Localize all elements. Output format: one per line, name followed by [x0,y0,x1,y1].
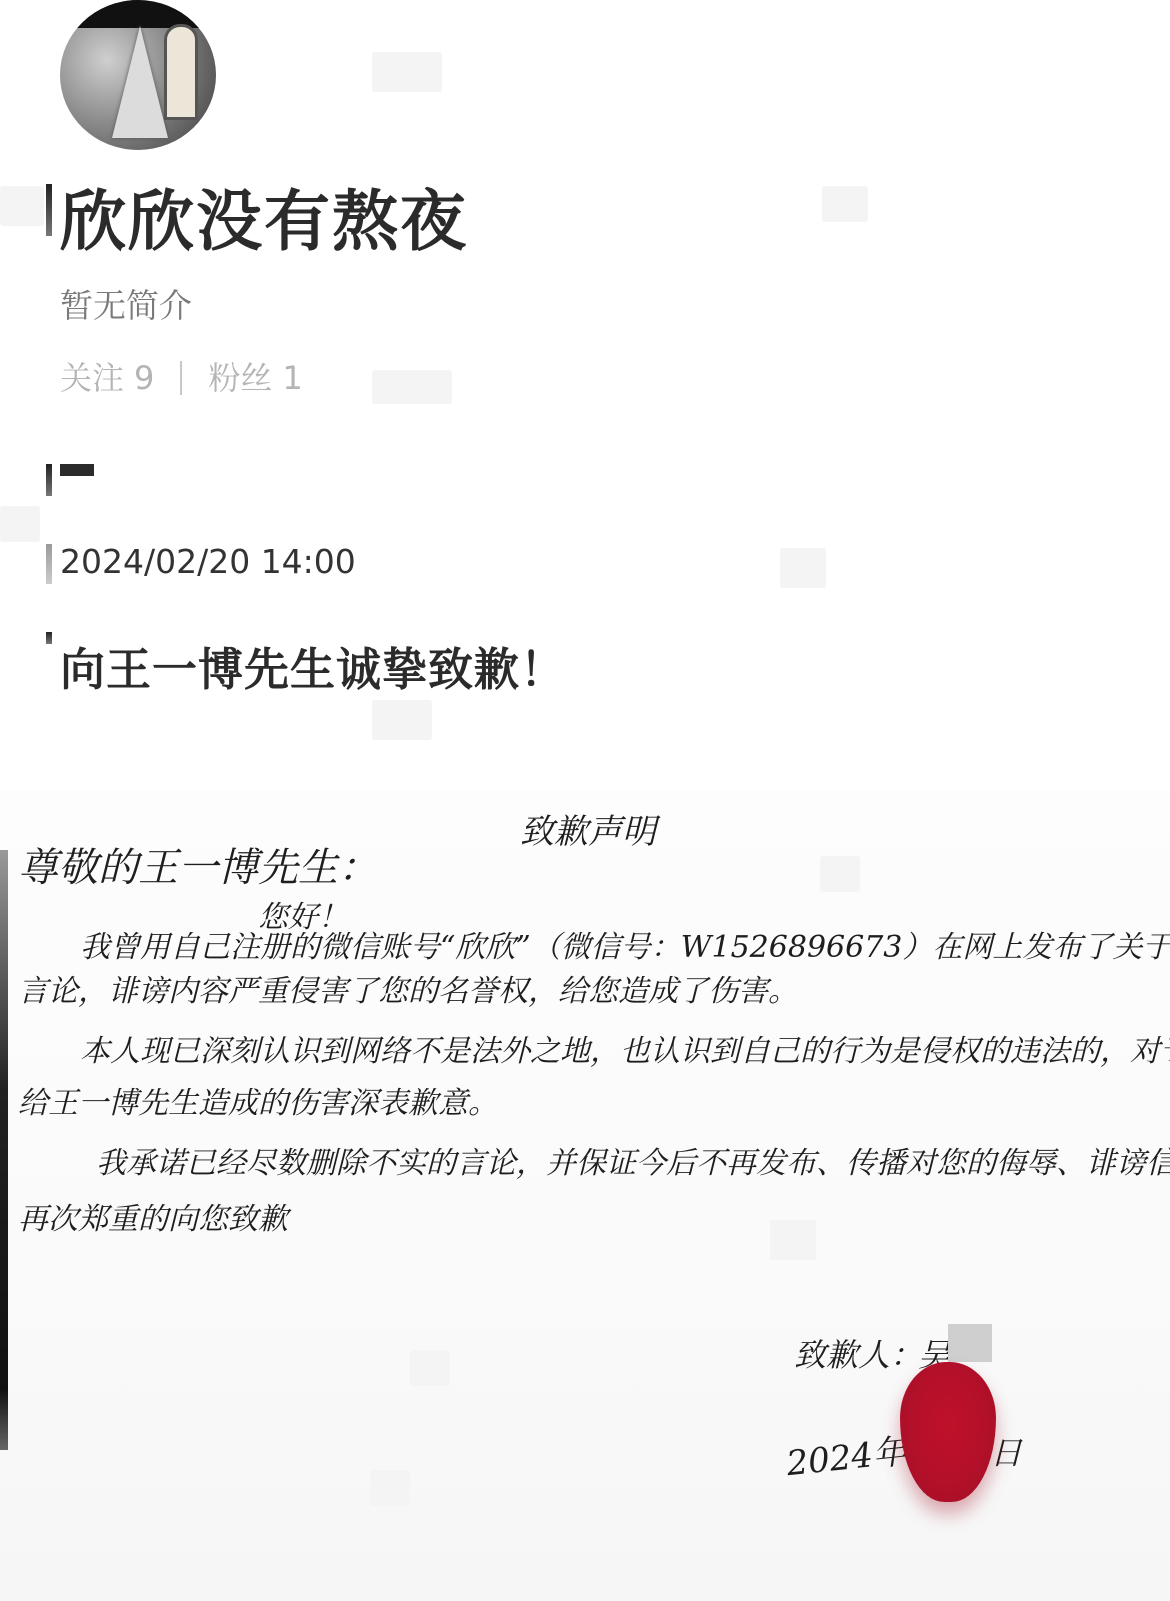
letter-line: 我曾用自己注册的微信账号“欣欣”（微信号：W1526896673）在网上发布了关… [80,922,1170,966]
watermark [372,52,442,92]
post-timestamp: 2024/02/20 14:00 [60,540,356,584]
letter-line: 给王一博先生造成的伤害深表歉意。 [18,1078,498,1122]
following-stat[interactable]: 关注9 [60,356,154,400]
photo-edge-shadow [0,850,8,1450]
profile-username: 欣欣没有熬夜 [60,182,468,262]
letter-line: 言论，诽谤内容严重侵害了您的名誉权，给您造成了伤害。 [18,966,798,1010]
following-label: 关注 [60,359,124,397]
redaction-box [948,1324,992,1362]
crop-marker [46,632,52,644]
apology-letter-image: 致歉声明 尊敬的王一博先生： 您好！ 我曾用自己注册的微信账号“欣欣”（微信号：… [0,790,1170,1601]
crop-marker [46,544,52,584]
letter-salutation: 尊敬的王一博先生： [18,836,378,893]
profile-stats: 关注9 粉丝1 [60,356,303,400]
followers-count: 1 [282,359,302,397]
watermark [780,548,826,588]
signer-label: 致歉人： [794,1330,922,1376]
avatar-tree-image [112,26,168,138]
letter-line: 本人现已深刻认识到网络不是法外之地，也认识到自己的行为是侵权的违法的，对于我 [80,1026,1170,1070]
letter-line: 我承诺已经尽数删除不实的言论，并保证今后不再发布、传播对您的侮辱、诽谤信息 [96,1138,1170,1182]
crop-marker [46,184,52,236]
watermark [372,700,432,740]
watermark [770,1220,816,1260]
watermark [370,1470,410,1506]
profile-bio: 暂无简介 [60,284,192,328]
watermark [0,186,44,226]
avatar-door-image [164,24,198,120]
followers-label: 粉丝 [208,359,272,397]
profile-post-page: 欣欣没有熬夜 暂无简介 关注9 粉丝1 2024/02/20 14:00 向王一… [0,0,1170,1601]
watermark [820,856,860,892]
crop-marker [46,464,52,496]
stats-divider [180,361,182,395]
following-count: 9 [134,359,154,397]
avatar-background [60,0,216,28]
watermark [372,370,452,404]
followers-stat[interactable]: 粉丝1 [208,356,302,400]
watermark [410,1350,450,1386]
watermark [822,186,868,222]
section-separator [60,464,94,476]
watermark [0,506,40,542]
letter-heading: 致歉声明 [520,804,656,853]
avatar[interactable] [60,0,216,150]
post-title: 向王一博先生诚挚致歉！ [60,640,566,700]
red-fingerprint [900,1362,996,1502]
letter-date-year: 2024年 [784,1424,909,1485]
letter-line: 再次郑重的向您致歉 [18,1194,288,1238]
